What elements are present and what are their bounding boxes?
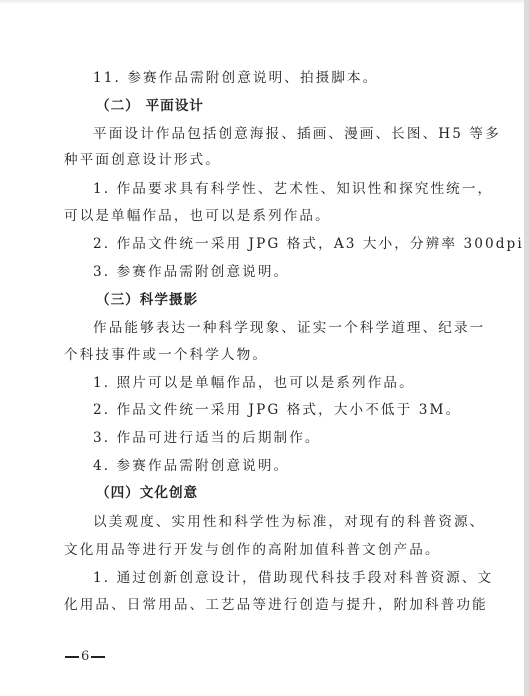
scrollbar-track[interactable]: [524, 0, 529, 696]
paragraph-line: 个科技事件或一个科学人物。: [64, 346, 268, 364]
section-heading-cultural-creativity: （四）文化创意: [96, 484, 198, 502]
list-item: 4. 参赛作品需附创意说明。: [93, 457, 289, 475]
list-item: 3. 参赛作品需附创意说明。: [93, 263, 289, 281]
list-item-continued: 化用品、日常用品、工艺品等进行创造与提升，附加科普功能: [64, 596, 488, 614]
list-item: 1. 通过创新创意设计，借助现代科技手段对科普资源、文: [93, 569, 493, 587]
list-item: 2. 作品文件统一采用 JPG 格式，A3 大小，分辨率 300dpi。: [93, 235, 529, 253]
dash-left: [65, 656, 79, 658]
section-heading-science-photography: （三）科学摄影: [96, 291, 198, 309]
list-item-continued: 可以是单幅作品，也可以是系列作品。: [64, 207, 331, 225]
list-item: 2. 作品文件统一采用 JPG 格式，大小不低于 3M。: [93, 401, 461, 419]
paragraph-line: 作品能够表达一种科学现象、证实一个科学道理、纪录一: [93, 319, 485, 337]
list-item-11: 11. 参赛作品需附创意说明、拍摄脚本。: [93, 69, 378, 87]
paragraph-line: 平面设计作品包括创意海报、插画、漫画、长图、H5 等多: [93, 125, 501, 143]
list-item: 3. 作品可进行适当的后期制作。: [93, 429, 321, 447]
document-page: 11. 参赛作品需附创意说明、拍摄脚本。 （二） 平面设计 平面设计作品包括创意…: [0, 0, 524, 696]
list-item: 1. 照片可以是单幅作品，也可以是系列作品。: [93, 374, 415, 392]
paragraph-line: 种平面创意设计形式。: [64, 151, 221, 169]
paragraph-line: 以美观度、实用性和科学性为标准，对现有的科普资源、: [93, 513, 485, 531]
page-number: 6: [63, 648, 107, 666]
paragraph-line: 文化用品等进行开发与创作的高附加值科普文创产品。: [64, 541, 441, 559]
list-item: 1. 作品要求具有科学性、艺术性、知识性和探究性统一，: [93, 180, 493, 198]
dash-right: [91, 656, 105, 658]
section-heading-graphic-design: （二） 平面设计: [96, 97, 204, 115]
page-number-value: 6: [81, 648, 89, 666]
